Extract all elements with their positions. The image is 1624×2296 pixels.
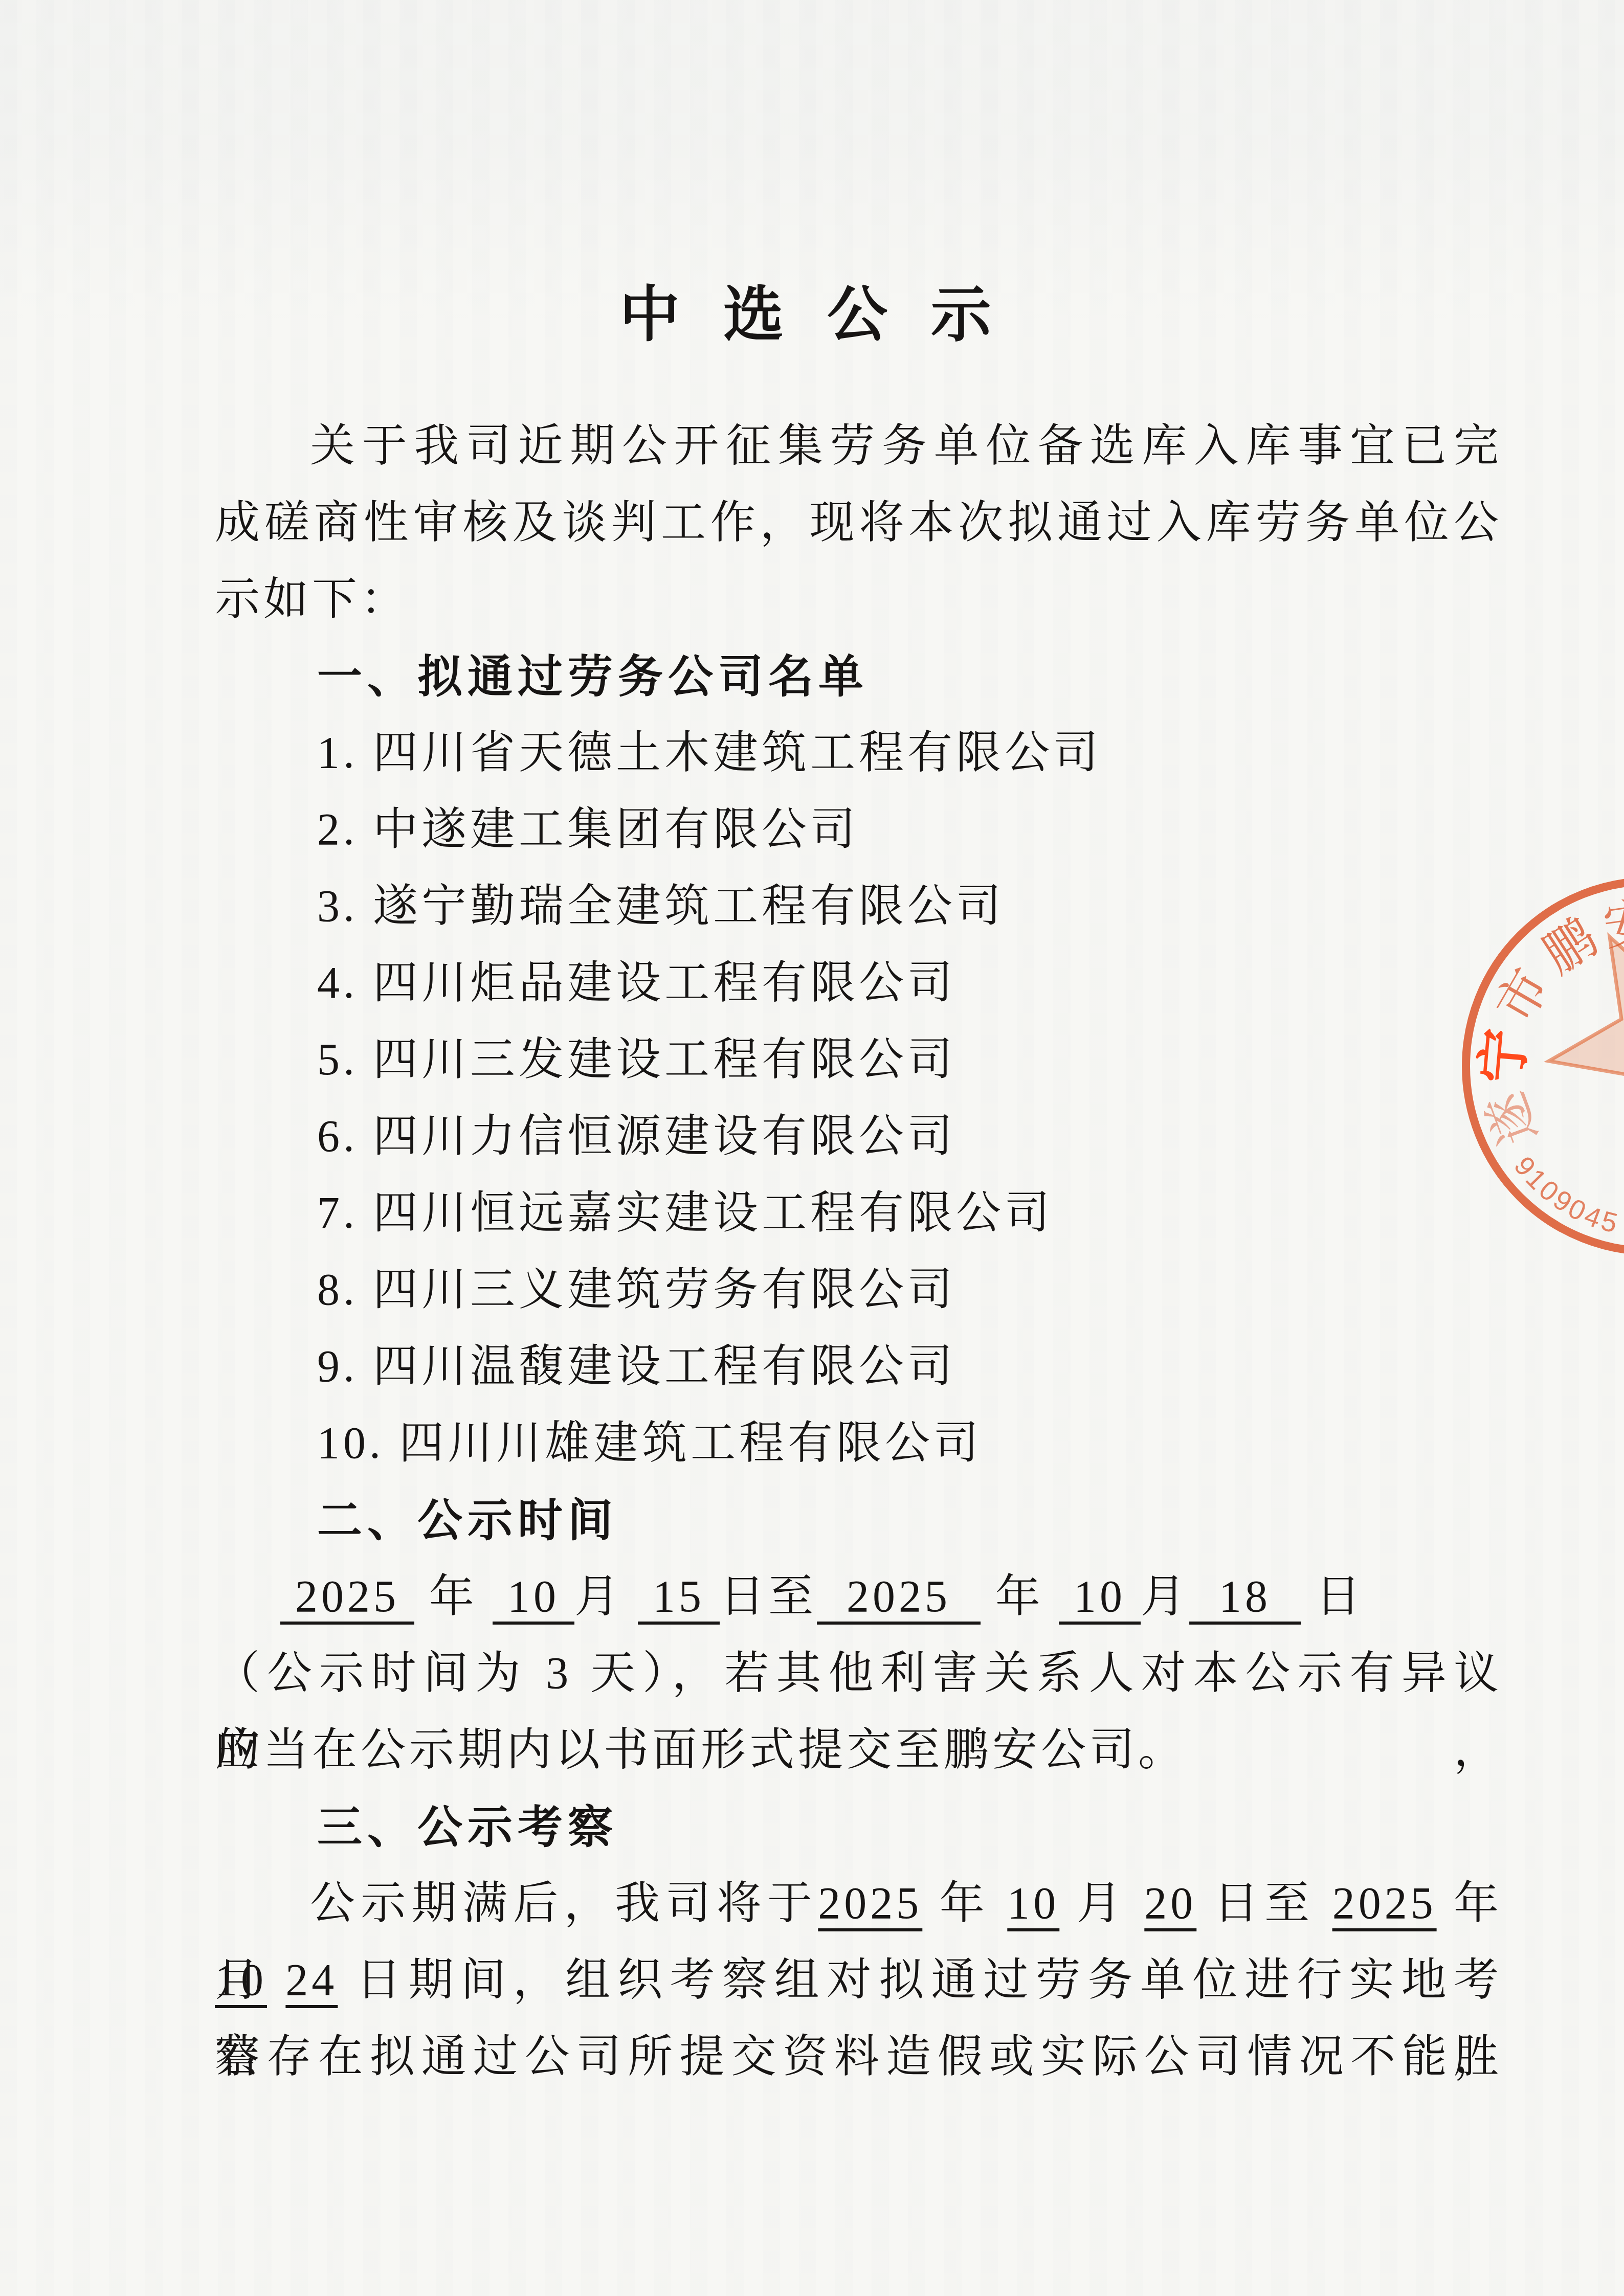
inspection-line-1: 公示期满后，我司将于2025 年 10 月 20 日至 2025 年 10 bbox=[215, 1865, 1502, 1942]
seal-code-digit: 0 bbox=[1533, 1174, 1564, 1207]
text-segment: 6. 四川力信恒源建设有限公司 bbox=[317, 1112, 956, 1161]
section-3-heading: 三、公示考察 bbox=[215, 1789, 1502, 1865]
text-segment: 若存在拟通过公司所提交资料造假或实际公司情况不能胜 bbox=[215, 2032, 1502, 2082]
seal-code-digits: 9109045 bbox=[1508, 1151, 1620, 1239]
company-item-3: 3. 遂宁勤瑞全建筑工程有限公司 bbox=[215, 868, 1502, 945]
section-1-heading: 一、拟通过劳务公司名单 bbox=[215, 638, 1502, 715]
text-segment: 应当在公示期内以书面形式提交至鹏安公司。 bbox=[215, 1725, 1187, 1775]
fill-in-blank-underline: 10 bbox=[1059, 1572, 1141, 1622]
text-segment: 成磋商性审核及谈判工作，现将本次拟通过入库劳务单位公 bbox=[215, 498, 1502, 548]
fill-in-blank-underline: 2025 bbox=[817, 1572, 981, 1622]
fill-in-blank-underline: 24 bbox=[285, 1955, 338, 2005]
seal-code-digit: 5 bbox=[1598, 1205, 1620, 1239]
text-segment: 年 bbox=[981, 1572, 1059, 1622]
seal-code-digit: 9 bbox=[1548, 1184, 1577, 1219]
text-segment: 公示期满后，我司将于 bbox=[310, 1879, 818, 1928]
company-item-4: 4. 四川炬品建设工程有限公司 bbox=[215, 945, 1502, 1022]
text-segment: 3. 遂宁勤瑞全建筑工程有限公司 bbox=[317, 882, 1005, 931]
fill-in-blank-underline bbox=[280, 1572, 295, 1622]
text-segment: 年 bbox=[922, 1879, 1007, 1928]
text-segment: 年 bbox=[414, 1572, 493, 1622]
text-segment: 一、拟通过劳务公司名单 bbox=[317, 651, 869, 702]
document-body: 关于我司近期公开征集劳务单位备选库入库事宜已完成磋商性审核及谈判工作，现将本次拟… bbox=[215, 408, 1502, 2096]
company-item-7: 7. 四川恒远嘉实建设工程有限公司 bbox=[215, 1175, 1502, 1252]
text-segment: 2. 中遂建工集团有限公司 bbox=[317, 805, 859, 854]
text-segment: 月 bbox=[1059, 1879, 1144, 1928]
seal-code-digit: 4 bbox=[1580, 1200, 1606, 1234]
seal-arc-char: 鹏 bbox=[1533, 909, 1607, 984]
fill-in-blank-underline: 2025 bbox=[295, 1572, 399, 1622]
publicity-period-line: 2025 年 10 月 15 日至 2025 年 10 月 18 日 bbox=[215, 1559, 1502, 1635]
company-item-1: 1. 四川省天德土木建筑工程有限公司 bbox=[215, 715, 1502, 792]
fill-in-blank-underline: 2025 bbox=[818, 1879, 922, 1928]
text-segment: 示如下： bbox=[215, 575, 409, 624]
text-segment: 10. 四川川雄建筑工程有限公司 bbox=[317, 1419, 982, 1468]
company-item-5: 5. 四川三发建设工程有限公司 bbox=[215, 1022, 1502, 1098]
text-segment: 年 bbox=[1437, 1879, 1502, 1928]
text-segment: 二、公示时间 bbox=[317, 1495, 618, 1545]
seal-code-digit: 1 bbox=[1520, 1163, 1552, 1195]
text-segment: 关于我司近期公开征集劳务单位备选库入库事宜已完 bbox=[310, 421, 1502, 471]
inspection-line-3: 若存在拟通过公司所提交资料造假或实际公司情况不能胜 bbox=[215, 2019, 1502, 2096]
text-segment: 月 bbox=[215, 1955, 285, 2005]
text-segment: 4. 四川炬品建设工程有限公司 bbox=[317, 958, 956, 1008]
seal-star-icon bbox=[1549, 937, 1624, 1157]
fill-in-blank-underline bbox=[399, 1572, 414, 1622]
intro-line-3: 示如下： bbox=[215, 561, 1502, 638]
intro-line-2: 成磋商性审核及谈判工作，现将本次拟通过入库劳务单位公 bbox=[215, 485, 1502, 561]
fill-in-blank-underline: 18 bbox=[1189, 1572, 1301, 1622]
fill-in-blank-underline: 20 bbox=[1144, 1879, 1196, 1928]
page-title: 中 选 公 示 bbox=[0, 266, 1624, 353]
text-segment: 日至 bbox=[720, 1572, 817, 1622]
company-item-6: 6. 四川力信恒源建设有限公司 bbox=[215, 1098, 1502, 1175]
text-segment: 月 bbox=[574, 1572, 638, 1622]
company-item-9: 9. 四川温馥建设工程有限公司 bbox=[215, 1329, 1502, 1405]
scanned-document-page: { "page": { "background": "#f7f7f4", "in… bbox=[0, 0, 1624, 2296]
text-segment: 日 bbox=[1301, 1572, 1364, 1622]
text-segment: 7. 四川恒远嘉实建设工程有限公司 bbox=[317, 1188, 1053, 1238]
text-segment: 1. 四川省天德土木建筑工程有限公司 bbox=[317, 728, 1102, 778]
company-item-10: 10. 四川川雄建筑工程有限公司 bbox=[215, 1405, 1502, 1482]
text-segment: 9. 四川温馥建设工程有限公司 bbox=[317, 1342, 956, 1391]
seal-code-digit: 0 bbox=[1563, 1192, 1591, 1227]
section-2-heading: 二、公示时间 bbox=[215, 1482, 1502, 1559]
company-item-8: 8. 四川三义建筑劳务有限公司 bbox=[215, 1252, 1502, 1329]
inspection-line-2: 月 24 日期间，组织考察组对拟通过劳务单位进行实地考察， bbox=[215, 1942, 1502, 2019]
fill-in-blank-underline: 10 bbox=[1007, 1879, 1059, 1928]
seal-code-digit: 9 bbox=[1508, 1151, 1542, 1182]
text-segment: 三、公示考察 bbox=[317, 1802, 618, 1852]
fill-in-blank-underline: 15 bbox=[638, 1572, 720, 1622]
intro-line-1: 关于我司近期公开征集劳务单位备选库入库事宜已完 bbox=[215, 408, 1502, 485]
company-item-2: 2. 中遂建工集团有限公司 bbox=[215, 792, 1502, 868]
objection-line-1: （公示时间为 3 天），若其他利害关系人对本公示有异议的， bbox=[215, 1635, 1502, 1712]
text-segment: 月 bbox=[1141, 1572, 1189, 1622]
seal-arc-char: 安 bbox=[1600, 893, 1624, 956]
text-segment: 8. 四川三义建筑劳务有限公司 bbox=[317, 1265, 956, 1315]
text-segment: 5. 四川三发建设工程有限公司 bbox=[317, 1035, 956, 1085]
fill-in-blank-underline: 10 bbox=[493, 1572, 574, 1622]
text-segment: 日至 bbox=[1196, 1879, 1332, 1928]
fill-in-blank-underline: 2025 bbox=[1332, 1879, 1437, 1928]
